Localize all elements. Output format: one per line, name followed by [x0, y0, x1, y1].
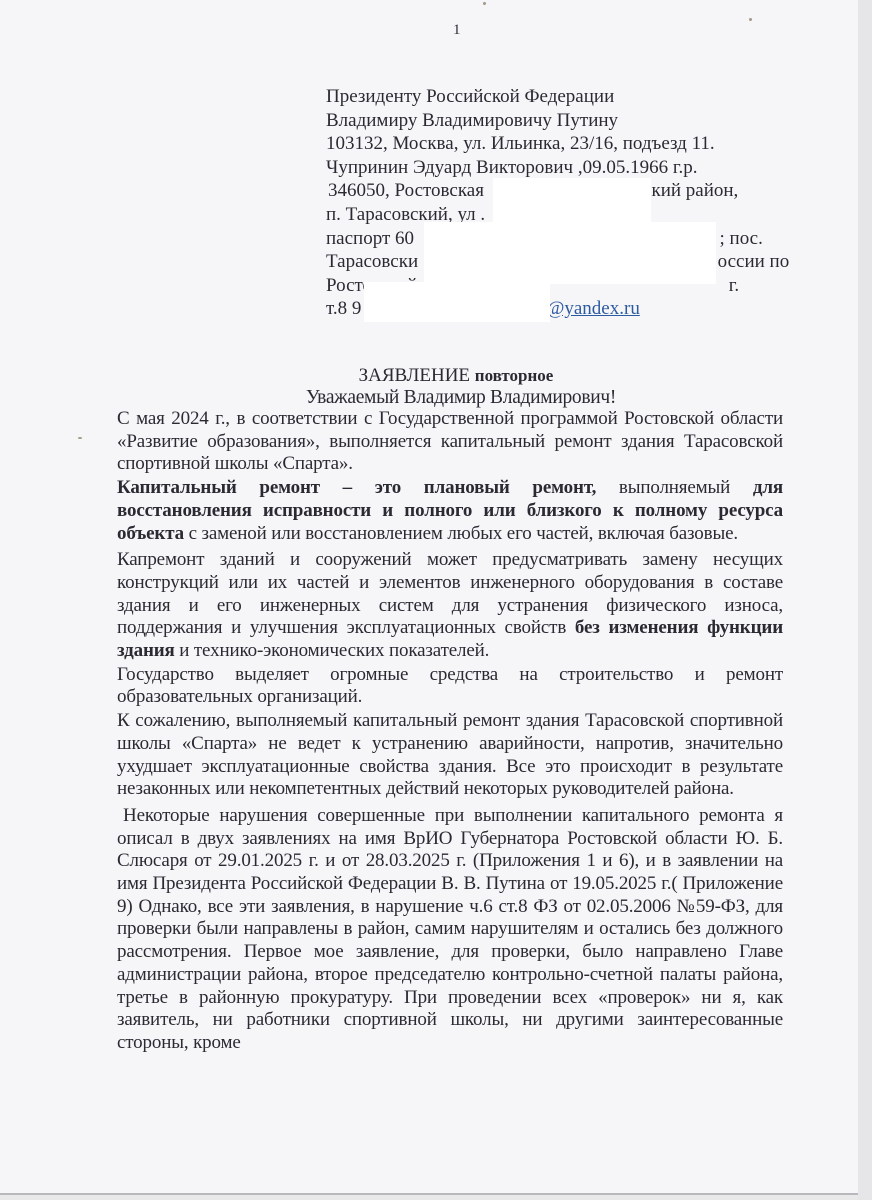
paper-speck: [78, 437, 82, 439]
document-page: 1 Президенту Российской Федерации Владим…: [0, 0, 858, 1195]
paragraph: С мая 2024 г., в соответствии с Государс…: [117, 408, 783, 476]
text-run: с заменой или восстановлением любых его …: [184, 523, 738, 544]
salutation: Уважаемый Владимир Владимирович!: [0, 387, 872, 409]
text-run: и технико-экономических показателей.: [175, 640, 490, 661]
paragraph: Некоторые нарушения совершенные при выпо…: [117, 805, 783, 1055]
paragraph: Капремонт зданий и сооружений может пред…: [117, 549, 783, 663]
title-suffix: повторное: [475, 366, 554, 385]
passport-fragment: г.: [729, 275, 739, 296]
page-number: 1: [453, 22, 461, 39]
paragraph: Капитальный ремонт – это плановый ремонт…: [117, 477, 783, 545]
phone-fragment: т.8 9: [326, 298, 361, 319]
address-fragment: 346050, Ростовская: [328, 180, 484, 201]
passport-fragment: оссии по: [718, 251, 790, 272]
paper-speck: [749, 18, 752, 21]
title-main: ЗАЯВЛЕНИЕ: [359, 365, 470, 386]
paragraph: Государство выделяет огромные средства н…: [117, 664, 783, 709]
address-fragment: кий район,: [651, 180, 738, 201]
email-link[interactable]: @yandex.ru: [547, 298, 640, 319]
redaction-box: [424, 222, 716, 284]
passport-fragment: Тарасовски: [326, 251, 418, 272]
document-body: С мая 2024 г., в соответствии с Государс…: [117, 408, 783, 1055]
addressee-line: Президенту Российской Федерации: [326, 85, 806, 109]
text-run: выполняемый: [596, 477, 753, 498]
document-title: ЗАЯВЛЕНИЕ повторное: [0, 365, 872, 387]
addressee-line: Владимиру Владимировичу Путину: [326, 109, 806, 133]
passport-fragment: паспорт 60: [326, 228, 414, 249]
bold-phrase: Капитальный ремонт – это плановый ремонт…: [117, 477, 596, 498]
paper-speck: [483, 2, 486, 5]
paragraph: К сожалению, выполняемый капитальный рем…: [117, 710, 783, 801]
scan-edge: [858, 0, 872, 1200]
sender-name-line: Чупринин Эдуард Викторович ,09.05.1966 г…: [326, 156, 806, 180]
addressee-line: 103132, Москва, ул. Ильинка, 23/16, подъ…: [326, 132, 806, 156]
passport-fragment: ; пос.: [720, 228, 763, 249]
redaction-box: [364, 282, 550, 322]
